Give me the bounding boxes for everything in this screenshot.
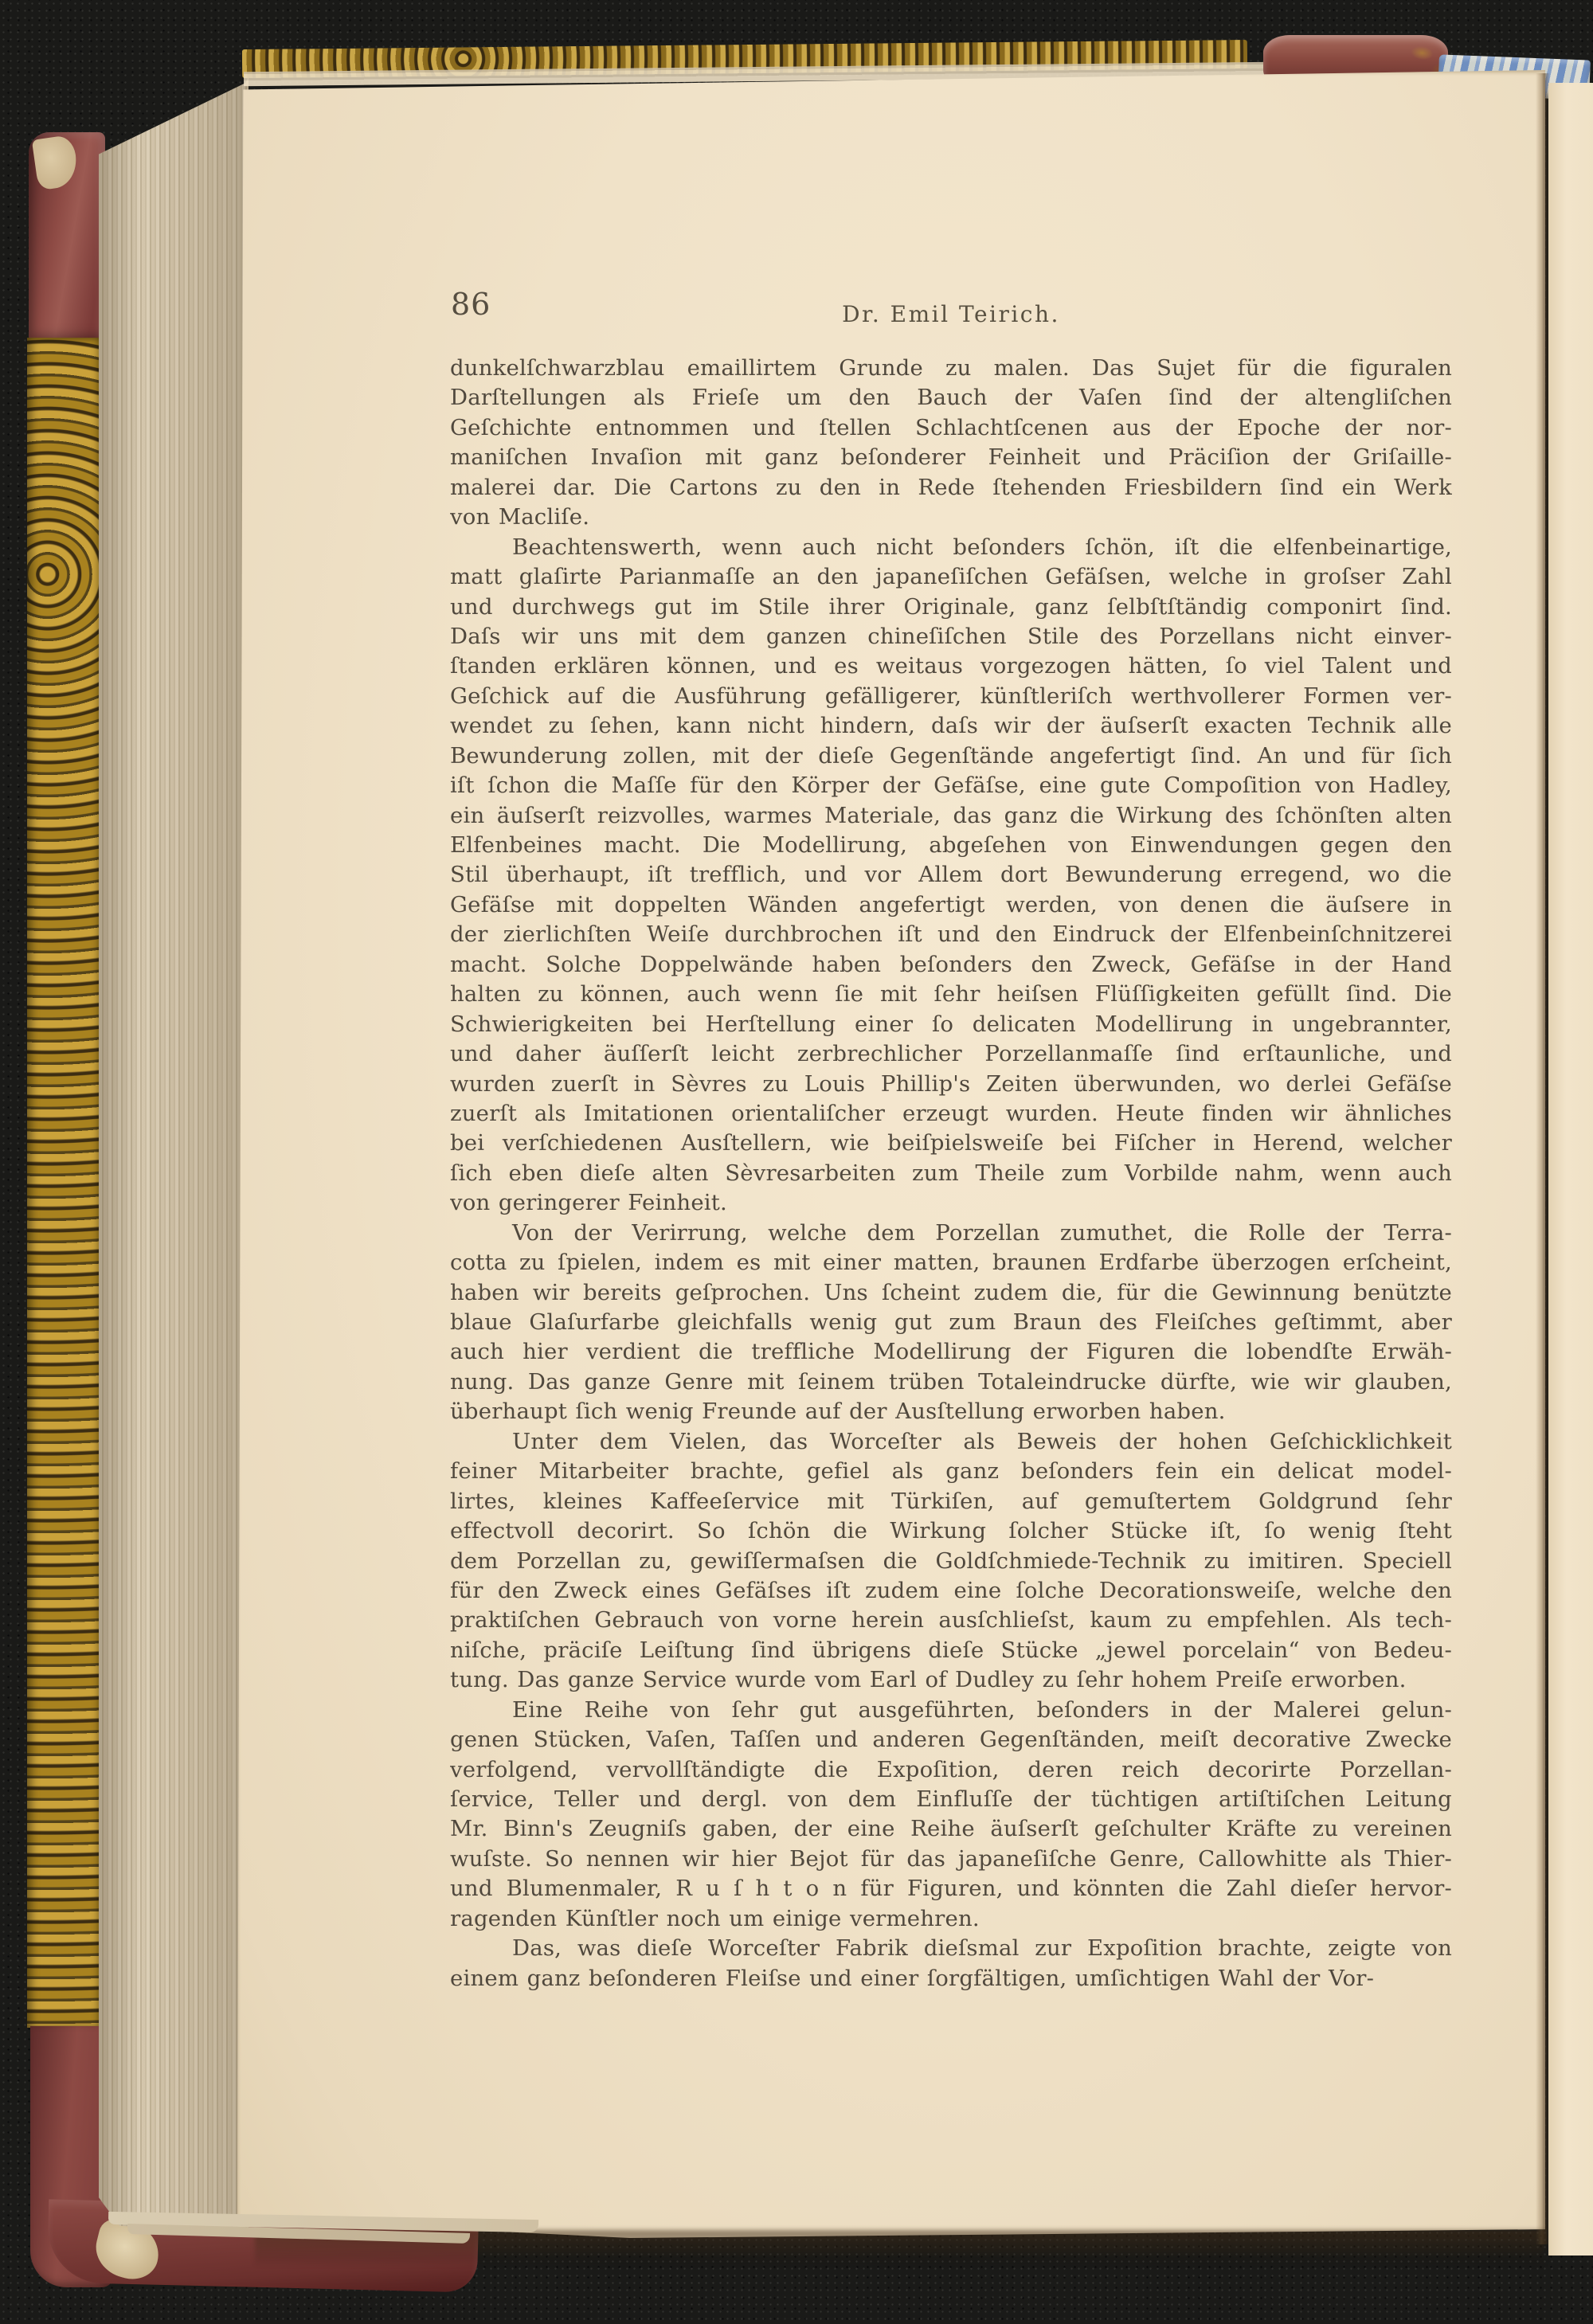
text-line: Stil überhaupt, iſt trefflich, und vor A… [450,860,1452,890]
text-block: dunkelſchwarzblau emaillirtem Grunde zu … [450,354,1452,1993]
text-line: überhaupt ſich wenig Freunde auf der Aus… [450,1397,1452,1426]
text-line: tung. Das ganze Service wurde vom Earl o… [450,1665,1452,1695]
text-line: feiner Mitarbeiter brachte, gefiel als g… [450,1457,1452,1486]
text-line: macht. Solche Doppelwände haben beſonder… [450,950,1452,980]
text-line: Mr. Binn's Zeugniſs gaben, der eine Reih… [450,1814,1452,1844]
text-line: einem ganz beſonderen Fleiſse und einer … [450,1964,1452,1993]
text-line: ſich eben dieſe alten Sèvresarbeiten zum… [450,1159,1452,1188]
text-line: cotta zu ſpielen, indem es mit einer mat… [450,1248,1452,1277]
text-line: Unter dem Vielen, das Worceſter als Bewe… [450,1427,1452,1457]
text-line: und durchwegs gut im Stile ihrer Origina… [450,593,1452,622]
text-line: Elfenbeines macht. Die Modellirung, abge… [450,831,1452,860]
text-line: lirtes, kleines Kaffeeſervice mit Türkiſ… [450,1487,1452,1516]
text-line: wendet zu ſehen, kann nicht hindern, daſ… [450,711,1452,741]
text-line: matt glaſirte Parianmaſſe an den japaneſ… [450,562,1452,592]
text-line: zuerſt als Imitationen orientaliſcher er… [450,1099,1452,1129]
text-line: blaue Glaſurfarbe gleichfalls wenig gut … [450,1308,1452,1337]
text-line: Gefäſse mit doppelten Wänden angefertigt… [450,890,1452,920]
scanned-book-photo: { "page": { "number": "86", "running_hea… [0,0,1593,2324]
text-line: dem Porzellan zu, gewiſſermaſsen die Gol… [450,1547,1452,1576]
text-line: praktiſchen Gebrauch von vorne herein au… [450,1606,1452,1635]
text-line: wuſste. So nennen wir hier Bejot für das… [450,1845,1452,1874]
text-line: effectvoll decorirt. So ſchön die Wirkun… [450,1516,1452,1546]
text-line: ſervice, Teller und dergl. von dem Einfl… [450,1785,1452,1814]
text-line: auch hier verdient die treffliche Modell… [450,1337,1452,1367]
text-line: Daſs wir uns mit dem ganzen chineſiſchen… [450,622,1452,651]
text-line: Darſtellungen als Frieſe um den Bauch de… [450,383,1452,413]
text-line: wurden zuerſt in Sèvres zu Louis Phillip… [450,1070,1452,1099]
text-line: ragenden Künſtler noch um einige vermehr… [450,1904,1452,1934]
text-line: Schwierigkeiten bei Herſtellung einer ſo… [450,1010,1452,1039]
text-line: von geringerer Feinheit. [450,1188,1452,1218]
text-line: und Blumenmaler, R u ſ h t o n für Figur… [450,1874,1452,1903]
text-line: bei verſchiedenen Ausſtellern, wie beiſp… [450,1129,1452,1158]
text-line: maniſchen Invaſion mit ganz beſonderer F… [450,443,1452,472]
text-line: Das, was dieſe Worceſter Fabrik dieſsmal… [450,1934,1452,1963]
text-line: genen Stücken, Vaſen, Taſſen und anderen… [450,1725,1452,1755]
running-header: Dr. Emil Teirich. [450,301,1452,327]
text-line: nung. Das ganze Genre mit ſeinem trüben … [450,1367,1452,1397]
text-line: Geſchichte entnommen und ſtellen Schlach… [450,413,1452,443]
text-line: für den Zweck eines Gefäſses iſt zudem e… [450,1576,1452,1606]
text-line: ſtanden erklären können, und es weitaus … [450,651,1452,681]
text-line: Geſchick auf die Ausführung gefälligerer… [450,682,1452,711]
text-line: und daher äuſſerſt leicht zerbrechlicher… [450,1039,1452,1069]
text-line: Bewunderung zollen, mit der dieſe Gegenſ… [450,741,1452,771]
text-line: malerei dar. Die Cartons zu den in Rede … [450,473,1452,503]
facing-page-edge-right [1548,83,1593,2256]
text-line: Eine Reihe von ſehr gut ausgeführten, be… [450,1696,1452,1725]
text-line: ein äuſserſt reizvolles, warmes Material… [450,801,1452,831]
text-line: Beachtenswerth, wenn auch nicht beſonder… [450,533,1452,562]
text-line: halten zu können, auch wenn ſie mit ſehr… [450,980,1452,1009]
text-line: iſt ſchon die Maſſe für den Körper der G… [450,771,1452,800]
text-line: Von der Verirrung, welche dem Porzellan … [450,1219,1452,1248]
marbled-cover-edge-left [27,338,100,2028]
stacked-page-edges-left [99,76,249,2236]
text-line: dunkelſchwarzblau emaillirtem Grunde zu … [450,354,1452,383]
text-line: von Macliſe. [450,503,1452,532]
text-line: der zierlichſten Weiſe durchbrochen iſt … [450,920,1452,949]
text-line: haben wir bereits geſprochen. Uns ſchein… [450,1278,1452,1308]
text-line: niſche, präciſe Leiſtung ſind übrigens d… [450,1636,1452,1665]
text-line: verfolgend, vervollſtändigte die Expoſit… [450,1755,1452,1785]
